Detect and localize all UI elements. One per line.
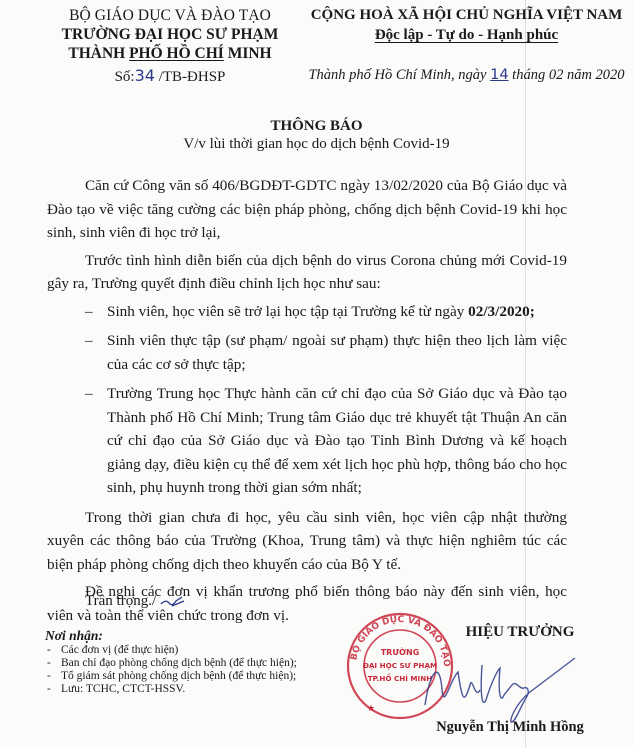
recipient-item: Lưu: TCHC, CTCT-HSSV. [45, 683, 297, 696]
initial-mark-icon [160, 595, 186, 607]
national-motto: Độc lập - Tự do - Hạnh phúc [300, 25, 633, 45]
svg-text:★: ★ [367, 704, 375, 714]
document-date: Thành phố Hồ Chí Minh, ngày 14 tháng 02 … [300, 67, 633, 84]
paragraph: Căn cứ Công văn số 406/BGDĐT-GDTC ngày 1… [47, 174, 567, 245]
school-name-line2: THÀNH PHỐ HỒ CHÍ MINH [40, 44, 300, 63]
ministry-name: BỘ GIÁO DỤC VÀ ĐÀO TẠO [40, 6, 300, 25]
handwritten-signature-icon [420, 650, 580, 725]
handwritten-number: 34 [135, 66, 155, 85]
title-subject: V/v lùi thời gian học do dịch bệnh Covid… [0, 135, 633, 153]
school-name-line1: TRƯỜNG ĐẠI HỌC SƯ PHẠM [40, 25, 300, 44]
list-item: Trường Trung học Thực hành căn cứ chỉ đạ… [47, 382, 567, 500]
recipient-item: Các đơn vị (để thực hiện) [45, 644, 297, 657]
document-title: THÔNG BÁO V/v lùi thời gian học do dịch … [0, 117, 633, 153]
signatory-block: HIỆU TRƯỞNG Nguyễn Thị Minh Hồng [420, 624, 620, 641]
decision-list: Sinh viên, học viên sẽ trở lại học tập t… [47, 300, 567, 500]
document-body: Căn cứ Công văn số 406/BGDĐT-GDTC ngày 1… [47, 174, 567, 631]
paragraph: Trong thời gian chưa đi học, yêu cầu sin… [47, 506, 567, 577]
list-item: Sinh viên thực tập (sư phạm/ ngoài sư ph… [47, 329, 567, 376]
nation-name: CỘNG HOÀ XÃ HỘI CHỦ NGHĨA VIỆT NAM [300, 6, 633, 25]
document-number: Số:34 /TB-ĐHSP [40, 66, 300, 87]
recipients-heading: Nơi nhận: [45, 628, 297, 644]
issuer-header: BỘ GIÁO DỤC VÀ ĐÀO TẠO TRƯỜNG ĐẠI HỌC SƯ… [40, 6, 300, 87]
document-page: BỘ GIÁO DỤC VÀ ĐÀO TẠO TRƯỜNG ĐẠI HỌC SƯ… [0, 0, 633, 748]
recipient-item: Ban chỉ đạo phòng chống dịch bệnh (để th… [45, 657, 297, 670]
list-item: Sinh viên, học viên sẽ trở lại học tập t… [47, 300, 567, 324]
title-heading: THÔNG BÁO [0, 117, 633, 135]
svg-text:TRƯỜNG: TRƯỜNG [381, 646, 420, 657]
national-header: CỘNG HOÀ XÃ HỘI CHỦ NGHĨA VIỆT NAM Độc l… [300, 6, 633, 84]
recipient-item: Tổ giám sát phòng chống dịch bệnh (để th… [45, 670, 297, 683]
paragraph: Trước tình hình diễn biến của dịch bệnh … [47, 249, 567, 296]
closing-remark: Trân trọng./ [85, 593, 186, 610]
signatory-role: HIỆU TRƯỞNG [420, 624, 620, 641]
signatory-name: Nguyễn Thị Minh Hồng [410, 719, 610, 736]
handwritten-day: 14 [490, 67, 508, 83]
recipients-block: Nơi nhận: Các đơn vị (để thực hiện) Ban … [45, 628, 297, 696]
